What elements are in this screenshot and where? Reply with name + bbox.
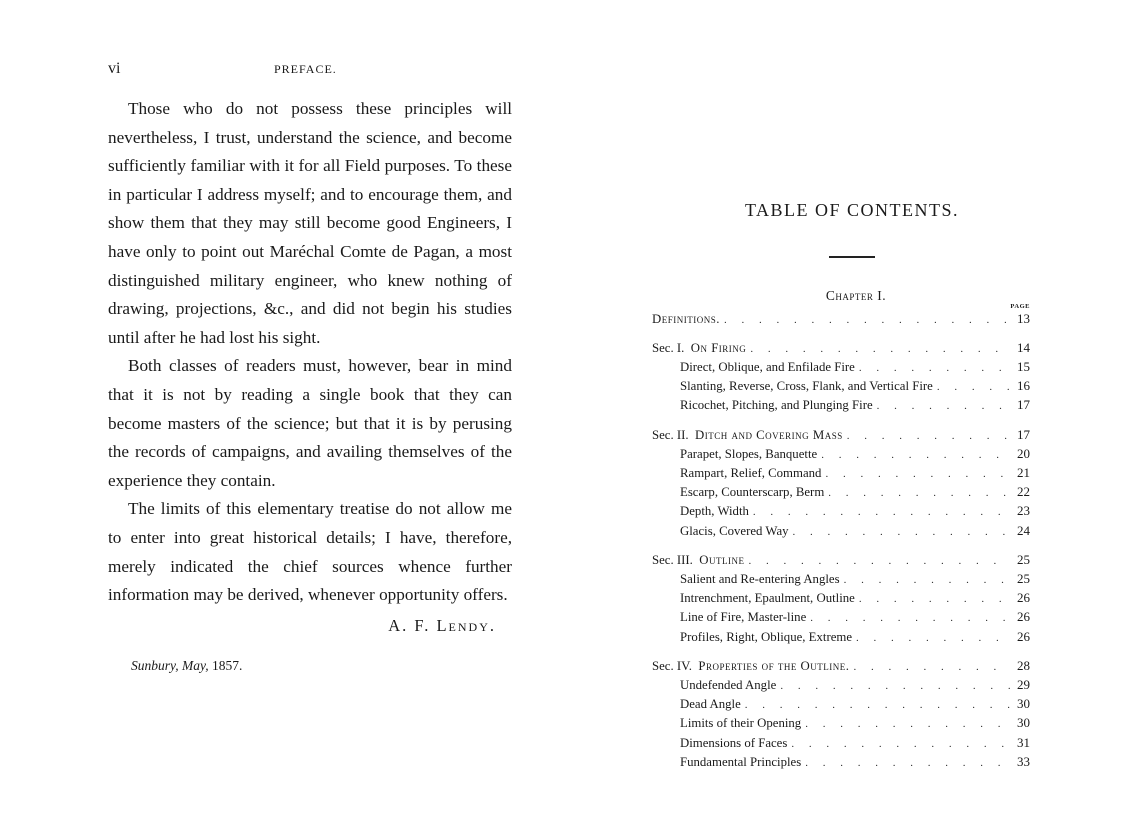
toc-row[interactable]: Rampart, Relief, Command21 <box>652 464 1030 483</box>
dateline-month: May, <box>182 658 209 673</box>
toc-row[interactable]: Direct, Oblique, and Enfilade Fire15 <box>652 358 1030 377</box>
toc-row[interactable]: Salient and Re-entering Angles25 <box>652 570 1030 589</box>
toc-row[interactable]: Undefended Angle29 <box>652 676 1030 695</box>
dateline-place: Sunbury, <box>131 658 179 673</box>
dot-leader <box>749 552 1011 570</box>
toc-row[interactable]: Limits of their Opening30 <box>652 714 1030 733</box>
dot-leader <box>847 427 1010 445</box>
running-head: vi PREFACE. <box>108 60 512 82</box>
page-number: vi <box>108 60 120 78</box>
preface-paragraph: Those who do not possess these principle… <box>108 95 512 352</box>
toc-row[interactable]: Depth, Width23 <box>652 502 1030 521</box>
toc-row[interactable]: Dead Angle30 <box>652 695 1030 714</box>
right-page-toc: TABLE OF CONTENTS. Chapter I. PAGE Defin… <box>652 200 1030 772</box>
dot-leader <box>750 340 1010 358</box>
dateline: Sunbury, May, 1857. <box>108 658 512 674</box>
toc-row[interactable]: Fundamental Principles33 <box>652 753 1030 772</box>
toc-section-1: Sec. I. On Firing 14 Direct, Oblique, an… <box>652 339 1030 416</box>
page-ref: 17 <box>1014 426 1030 444</box>
preface-body: Those who do not possess these principle… <box>108 95 512 610</box>
toc-title: TABLE OF CONTENTS. <box>674 200 1030 221</box>
toc-row[interactable]: Escarp, Counterscarp, Berm22 <box>652 483 1030 502</box>
running-title: PREFACE. <box>274 62 337 77</box>
toc-row[interactable]: Glacis, Covered Way24 <box>652 522 1030 541</box>
toc-definitions: Definitions. 13 <box>652 310 1030 329</box>
toc-row[interactable]: Parapet, Slopes, Banquette20 <box>652 445 1030 464</box>
left-page-preface: vi PREFACE. Those who do not possess the… <box>108 60 512 674</box>
dot-leader <box>853 658 1010 676</box>
title-rule-divider <box>829 256 875 258</box>
toc-section-row[interactable]: Sec. II. Ditch and Covering Mass 17 <box>652 426 1030 445</box>
toc-row[interactable]: Profiles, Right, Oblique, Extreme26 <box>652 628 1030 647</box>
page-ref: 14 <box>1014 339 1030 357</box>
toc-section-2: Sec. II. Ditch and Covering Mass 17 Para… <box>652 426 1030 541</box>
toc-section-4: Sec. IV. Properties of the Outline. 28 U… <box>652 657 1030 772</box>
toc-row[interactable]: Line of Fire, Master-line26 <box>652 608 1030 627</box>
toc-row[interactable]: Slanting, Reverse, Cross, Flank, and Ver… <box>652 377 1030 396</box>
toc-row[interactable]: Ricochet, Pitching, and Plunging Fire17 <box>652 396 1030 415</box>
toc-section-row[interactable]: Sec. III. Outline 25 <box>652 551 1030 570</box>
toc-row[interactable]: Dimensions of Faces31 <box>652 734 1030 753</box>
toc-row[interactable]: Intrenchment, Epaulment, Outline26 <box>652 589 1030 608</box>
page-column-label: PAGE <box>652 303 1030 310</box>
preface-paragraph: Both classes of readers must, however, b… <box>108 352 512 495</box>
chapter-heading: Chapter I. <box>682 288 1030 304</box>
page-ref: 28 <box>1014 657 1030 675</box>
author-signature: A. F. Lendy. <box>108 616 512 636</box>
dateline-year: 1857. <box>212 658 242 673</box>
dot-leader <box>724 311 1010 329</box>
toc-section-3: Sec. III. Outline 25 Salient and Re-ente… <box>652 551 1030 647</box>
toc-row[interactable]: Definitions. 13 <box>652 310 1030 329</box>
toc-section-row[interactable]: Sec. I. On Firing 14 <box>652 339 1030 358</box>
toc-section-row[interactable]: Sec. IV. Properties of the Outline. 28 <box>652 657 1030 676</box>
preface-paragraph: The limits of this elementary treatise d… <box>108 495 512 609</box>
page-ref: 13 <box>1014 310 1030 328</box>
page-ref: 25 <box>1014 551 1030 569</box>
